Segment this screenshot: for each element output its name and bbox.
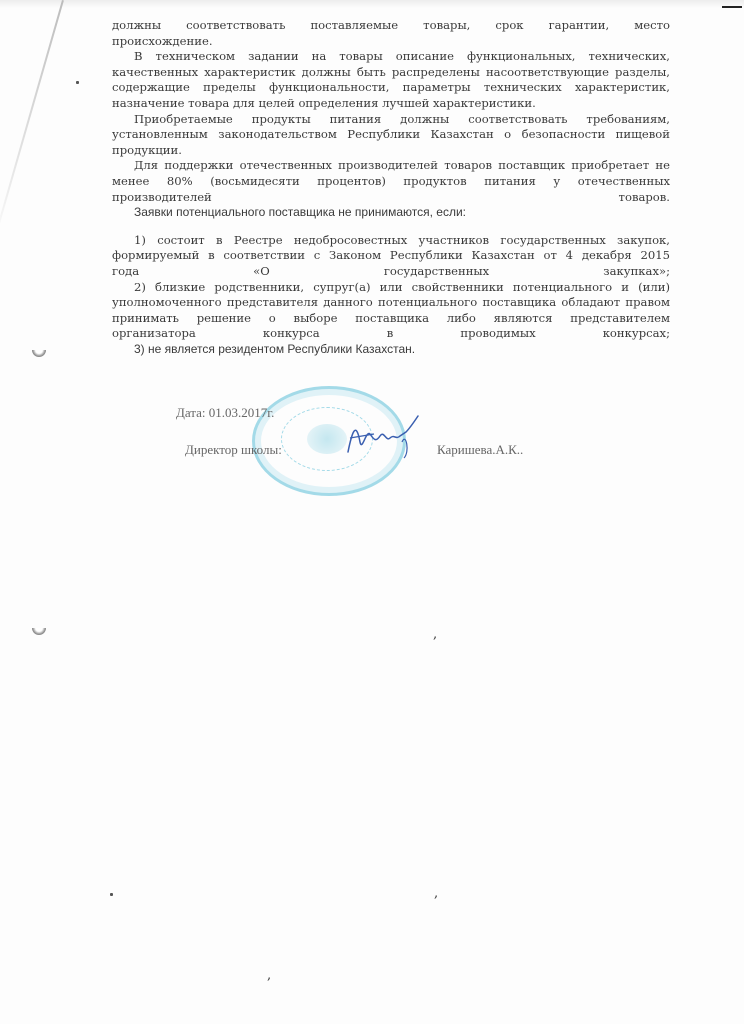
signature-block: Дата: 01.03.2017г. Директор школы: Кариш… <box>0 0 744 520</box>
scan-comma-mark: , <box>433 627 437 642</box>
director-label: Директор школы: <box>185 442 282 458</box>
scan-speck <box>110 893 113 896</box>
scan-comma-mark: , <box>434 886 438 901</box>
director-name: Каришева.А.К.. <box>437 442 523 458</box>
punch-hole-lower <box>32 628 46 635</box>
scan-comma-mark: , <box>267 968 271 983</box>
document-date: Дата: 01.03.2017г. <box>176 405 274 421</box>
handwritten-signature-icon <box>340 412 420 462</box>
